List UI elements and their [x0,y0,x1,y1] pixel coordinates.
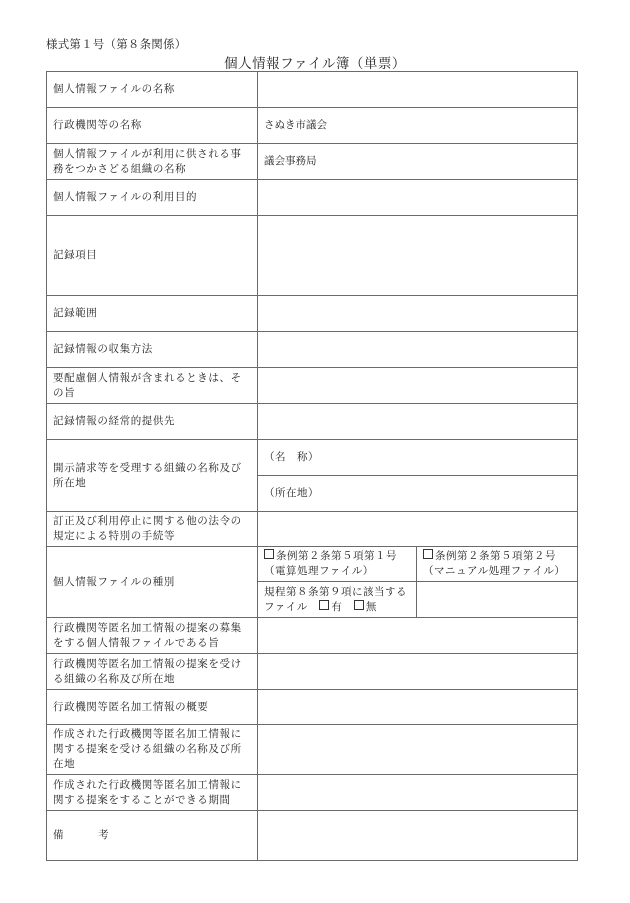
checkbox-electronic-file[interactable] [264,549,274,559]
label-org-name: 個人情報ファイルが利用に供される事務をつかさどる組織の名称 [47,144,258,180]
rule-line1: 規程第８条第９項に該当する [264,586,407,598]
label-file-type: 個人情報ファイルの種別 [47,547,258,618]
label-record-scope: 記録範囲 [47,296,258,332]
field-remarks[interactable] [258,811,578,861]
label-file-name: 個人情報ファイルの名称 [47,72,258,108]
row-special-procedures: 訂正及び利用停止に関する他の法令の規定による特別の手続等 [47,512,578,547]
field-disclosure-org-name[interactable]: （名 称） [258,440,578,476]
option-manual-file[interactable]: 条例第２条第５項第２号 （マニュアル処理ファイル） [417,547,578,582]
label-disclosure-org: 開示請求等を受理する組織の名称及び所在地 [47,440,258,512]
label-record-items: 記録項目 [47,216,258,296]
field-record-scope[interactable] [258,296,578,332]
label-special-procedures: 訂正及び利用停止に関する他の法令の規定による特別の手続等 [47,512,258,547]
row-agency-name: 行政機関等の名称 さぬき市議会 [47,108,578,144]
field-created-anon-period[interactable] [258,775,578,811]
option-electronic-file-line1: 条例第２条第５項第１号 [276,550,397,562]
row-disclosure-org-name: 開示請求等を受理する組織の名称及び所在地 （名 称） [47,440,578,476]
field-file-name[interactable] [258,72,578,108]
field-sensitive-info[interactable] [258,368,578,404]
rule-no-label: 無 [366,601,377,613]
checkbox-manual-file[interactable] [423,549,433,559]
form-title: 個人情報ファイル簿（単票） [0,52,630,72]
label-purpose: 個人情報ファイルの利用目的 [47,180,258,216]
row-collection-method: 記録情報の収集方法 [47,332,578,368]
checkbox-rule-no[interactable] [354,600,364,610]
field-rule-blank[interactable] [417,582,578,618]
row-file-type-options: 個人情報ファイルの種別 条例第２条第５項第１号 （電算処理ファイル） 条例第２条… [47,547,578,582]
field-purpose[interactable] [258,180,578,216]
row-anon-proposal-org: 行政機関等匿名加工情報の提案を受ける組織の名称及び所在地 [47,654,578,690]
row-created-anon-org: 作成された行政機関等匿名加工情報に関する提案を受ける組織の名称及び所在地 [47,725,578,775]
field-disclosure-org-address[interactable]: （所在地） [258,476,578,512]
option-manual-file-line2: （マニュアル処理ファイル） [423,565,565,577]
field-org-name[interactable]: 議会事務局 [258,144,578,180]
label-anon-overview: 行政機関等匿名加工情報の概要 [47,690,258,725]
option-manual-file-line1: 条例第２条第５項第２号 [435,550,556,562]
row-record-scope: 記録範囲 [47,296,578,332]
row-sensitive-info: 要配慮個人情報が含まれるときは、その旨 [47,368,578,404]
rule-article-8-9: 規程第８条第９項に該当する ファイル 有 無 [258,582,417,618]
row-remarks: 備考 [47,811,578,861]
form-number: 様式第１号（第８条関係） [46,36,186,52]
field-anon-overview[interactable] [258,690,578,725]
field-agency-name[interactable]: さぬき市議会 [258,108,578,144]
field-special-procedures[interactable] [258,512,578,547]
field-record-items[interactable] [258,216,578,296]
label-sensitive-info: 要配慮個人情報が含まれるときは、その旨 [47,368,258,404]
checkbox-rule-yes[interactable] [319,600,329,610]
field-regular-recipients[interactable] [258,404,578,440]
row-file-name: 個人情報ファイルの名称 [47,72,578,108]
row-regular-recipients: 記録情報の経常的提供先 [47,404,578,440]
label-created-anon-org: 作成された行政機関等匿名加工情報に関する提案を受ける組織の名称及び所在地 [47,725,258,775]
field-anon-proposal-org[interactable] [258,654,578,690]
field-anon-solicitation[interactable] [258,618,578,654]
row-purpose: 個人情報ファイルの利用目的 [47,180,578,216]
label-anon-proposal-org: 行政機関等匿名加工情報の提案を受ける組織の名称及び所在地 [47,654,258,690]
label-agency-name: 行政機関等の名称 [47,108,258,144]
row-anon-overview: 行政機関等匿名加工情報の概要 [47,690,578,725]
label-collection-method: 記録情報の収集方法 [47,332,258,368]
field-collection-method[interactable] [258,332,578,368]
option-electronic-file-line2: （電算処理ファイル） [264,565,374,577]
field-created-anon-org[interactable] [258,725,578,775]
row-anon-solicitation: 行政機関等匿名加工情報の提案の募集をする個人情報ファイルである旨 [47,618,578,654]
label-anon-solicitation: 行政機関等匿名加工情報の提案の募集をする個人情報ファイルである旨 [47,618,258,654]
row-created-anon-period: 作成された行政機関等匿名加工情報に関する提案をすることができる期間 [47,775,578,811]
option-electronic-file[interactable]: 条例第２条第５項第１号 （電算処理ファイル） [258,547,417,582]
remarks-label-part2: 考 [98,828,109,843]
rule-line2-prefix: ファイル [264,601,308,613]
label-created-anon-period: 作成された行政機関等匿名加工情報に関する提案をすることができる期間 [47,775,258,811]
remarks-label-part1: 備 [53,828,64,843]
label-regular-recipients: 記録情報の経常的提供先 [47,404,258,440]
row-record-items: 記録項目 [47,216,578,296]
row-org-name: 個人情報ファイルが利用に供される事務をつかさどる組織の名称 議会事務局 [47,144,578,180]
personal-info-file-register-table: 個人情報ファイルの名称 行政機関等の名称 さぬき市議会 個人情報ファイルが利用に… [46,71,578,861]
rule-yes-label: 有 [331,601,342,613]
label-remarks: 備考 [47,811,258,861]
